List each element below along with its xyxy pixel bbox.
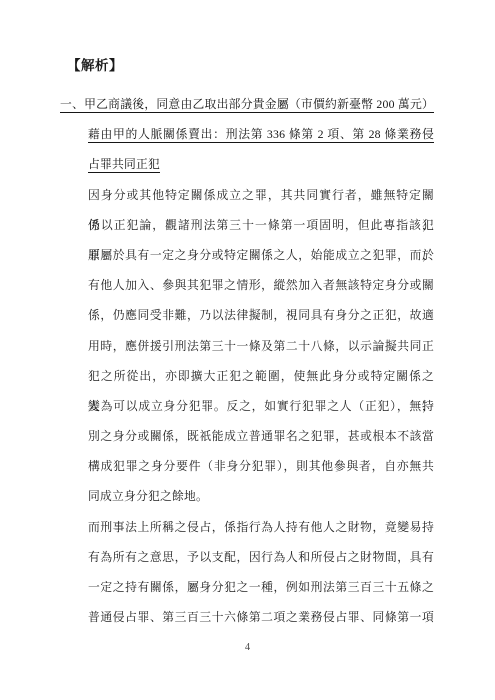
text-line: 藉由甲的人脈關係賣出：刑法第 336 條第 2 項、第 28 條業務侵 [88, 119, 434, 149]
text-line: 普通侵占罪、第三百三十六條第二項之業務侵占罪、同條第一項 [88, 602, 434, 632]
text-line: 有為所有之意思，予以支配，因行為人和所侵占之財物間，具有 [88, 542, 434, 572]
text-line: 犯之所從出，亦即擴大正犯之範圍，使無此身分或特定關係之人， [88, 361, 434, 391]
text-line: 用時，應併援引刑法第三十一條及第二十八條，以示論擬共同正 [88, 331, 434, 361]
text-line: 占罪共同正犯 [88, 149, 434, 179]
text-line: 一、甲乙商議後，同意由乙取出部分貴金屬（市價約新臺幣 200 萬元） [60, 89, 434, 119]
text-line: 因身分或其他特定關係成立之罪，其共同實行者，雖無特定關係， [88, 180, 434, 210]
text-line: 仍以正犯論，觀諸刑法第三十一條第一項固明，但此專指該犯罪， [88, 210, 434, 240]
analysis-text: 因身分或其他特定關係成立之罪，其共同實行者，雖無特定關係，仍以正犯論，觀諸刑法第… [88, 180, 434, 633]
text-line: 別之身分或關係，既祇能成立普通罪名之犯罪，甚或根本不該當 [88, 421, 434, 451]
text-line: 變為可以成立身分犯罪。反之，如實行犯罪之人（正犯），無特 [88, 391, 434, 421]
text-line: 一定之持有關係，屬身分犯之一種，例如刑法第三百三十五條之 [88, 572, 434, 602]
document-page: 【解析】 一、甲乙商議後，同意由乙取出部分貴金屬（市價約新臺幣 200 萬元）藉… [0, 0, 495, 700]
issue-heading: 一、甲乙商議後，同意由乙取出部分貴金屬（市價約新臺幣 200 萬元）藉由甲的人脈… [88, 89, 434, 180]
text-line: 同成立身分犯之餘地。 [88, 481, 434, 511]
text-line: 有他人加入、參與其犯罪之情形，縱然加入者無該特定身分或關 [88, 270, 434, 300]
text-line: 係，仍應同受非難，乃以法律擬制，視同具有身分之正犯，故適 [88, 300, 434, 330]
text-line: 原屬於具有一定之身分或特定關係之人，始能成立之犯罪，而於 [88, 240, 434, 270]
section-heading: 【解析】 [67, 56, 123, 76]
text-line: 而刑事法上所稱之侵占，係指行為人持有他人之財物，竟變易持 [88, 512, 434, 542]
text-block: 一、甲乙商議後，同意由乙取出部分貴金屬（市價約新臺幣 200 萬元）藉由甲的人脈… [88, 89, 434, 632]
page-number: 4 [0, 641, 495, 655]
text-line: 構成犯罪之身分要件（非身分犯罪），則其他參與者，自亦無共 [88, 451, 434, 481]
